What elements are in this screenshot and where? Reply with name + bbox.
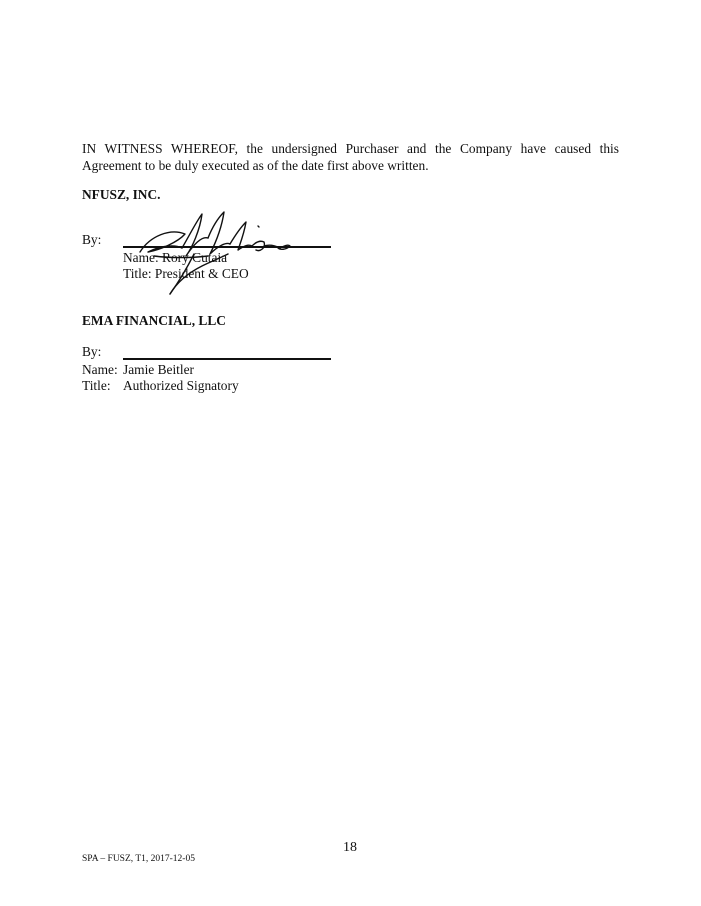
page-number: 18 bbox=[343, 840, 357, 856]
party2-name-label: Name: bbox=[82, 362, 118, 378]
footer-reference: SPA – FUSZ, T1, 2017-12-05 bbox=[82, 854, 195, 864]
witness-clause: IN WITNESS WHEREOF, the undersigned Purc… bbox=[82, 141, 619, 174]
party1-company-name: NFUSZ, INC. bbox=[82, 187, 161, 203]
handwritten-signature-icon bbox=[130, 208, 300, 298]
party2-signature-line bbox=[123, 358, 331, 360]
party2-company-name: EMA FINANCIAL, LLC bbox=[82, 313, 226, 329]
party2-name-value: Jamie Beitler bbox=[123, 362, 194, 378]
party2-by-label: By: bbox=[82, 344, 101, 360]
witness-clause-line-1: IN WITNESS WHEREOF, the undersigned Purc… bbox=[82, 141, 619, 158]
party2-title-value: Authorized Signatory bbox=[123, 378, 239, 394]
document-page: IN WITNESS WHEREOF, the undersigned Purc… bbox=[0, 0, 701, 906]
party1-by-label: By: bbox=[82, 232, 101, 248]
party2-title-label: Title: bbox=[82, 378, 111, 394]
witness-clause-line-2: Agreement to be duly executed as of the … bbox=[82, 158, 619, 175]
